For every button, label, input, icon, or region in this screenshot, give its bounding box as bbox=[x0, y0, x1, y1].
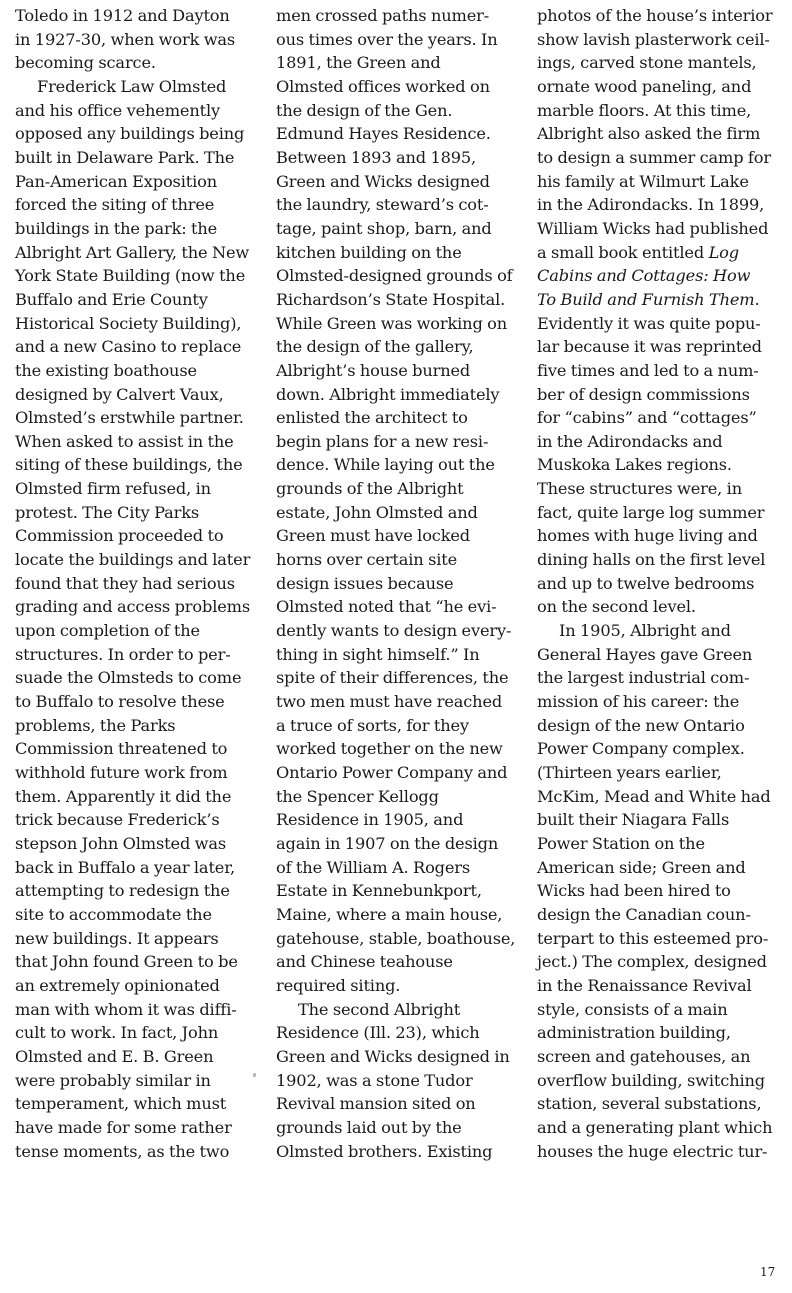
text-line: tage, paint shop, barn, and bbox=[276, 217, 526, 241]
text-line: design the Canadian coun- bbox=[537, 903, 787, 927]
text-line: ings, carved stone mantels, bbox=[537, 51, 787, 75]
text-line: ject.) The complex, designed bbox=[537, 950, 787, 974]
text-line: Olmsted offices worked on bbox=[276, 75, 526, 99]
text-line: built in Delaware Park. The bbox=[15, 146, 265, 170]
text-line: grading and access problems bbox=[15, 595, 265, 619]
text-line: Olmsted and E. B. Green bbox=[15, 1045, 265, 1069]
text-line: and his office vehemently bbox=[15, 99, 265, 123]
text-line: Green and Wicks designed in bbox=[276, 1045, 526, 1069]
text-line: These structures were, in bbox=[537, 477, 787, 501]
text-line: temperament, which must bbox=[15, 1092, 265, 1116]
text-line: his family at Wilmurt Lake bbox=[537, 170, 787, 194]
text-line: homes with huge living and bbox=[537, 524, 787, 548]
text-line: built their Niagara Falls bbox=[537, 808, 787, 832]
text-line: (Thirteen years earlier, bbox=[537, 761, 787, 785]
text-line: down. Albright immediately bbox=[276, 383, 526, 407]
text-line: gatehouse, stable, boathouse, bbox=[276, 927, 526, 951]
text-line: Evidently it was quite popu- bbox=[537, 312, 787, 336]
text-line: Revival mansion sited on bbox=[276, 1092, 526, 1116]
text-line: the design of the Gen. bbox=[276, 99, 526, 123]
text-line: in the Adirondacks and bbox=[537, 430, 787, 454]
text-line: dining halls on the first level bbox=[537, 548, 787, 572]
text-column-2: men crossed paths numer-ous times over t… bbox=[276, 4, 526, 1163]
text-line: attempting to redesign the bbox=[15, 879, 265, 903]
text-line: grounds laid out by the bbox=[276, 1116, 526, 1140]
text-line: in 1927-30, when work was bbox=[15, 28, 265, 52]
text-line: York State Building (now the bbox=[15, 264, 265, 288]
text-line: opposed any buildings being bbox=[15, 122, 265, 146]
text-line: William Wicks had published bbox=[537, 217, 787, 241]
text-line: withhold future work from bbox=[15, 761, 265, 785]
text-line: Albright Art Gallery, the New bbox=[15, 241, 265, 265]
text-line: To Build and Furnish Them. bbox=[537, 288, 787, 312]
text-line: and up to twelve bedrooms bbox=[537, 572, 787, 596]
text-line: on the second level. bbox=[537, 595, 787, 619]
text-line: stepson John Olmsted was bbox=[15, 832, 265, 856]
text-line: in the Renaissance Revival bbox=[537, 974, 787, 998]
text-line: begin plans for a new resi- bbox=[276, 430, 526, 454]
text-line: a small book entitled Log bbox=[537, 241, 787, 265]
text-line: dence. While laying out the bbox=[276, 453, 526, 477]
text-line: the design of the gallery, bbox=[276, 335, 526, 359]
text-line: the largest industrial com- bbox=[537, 666, 787, 690]
text-line: Residence (Ill. 23), which bbox=[276, 1021, 526, 1045]
text-run: a small book entitled bbox=[537, 243, 709, 262]
text-line: style, consists of a main bbox=[537, 998, 787, 1022]
text-line: in the Adirondacks. In 1899, bbox=[537, 193, 787, 217]
text-line: General Hayes gave Green bbox=[537, 643, 787, 667]
text-line: enlisted the architect to bbox=[276, 406, 526, 430]
text-line: of the William A. Rogers bbox=[276, 856, 526, 880]
text-line: mission of his career: the bbox=[537, 690, 787, 714]
text-line: worked together on the new bbox=[276, 737, 526, 761]
text-line: structures. In order to per- bbox=[15, 643, 265, 667]
text-line: The second Albright bbox=[276, 998, 526, 1022]
text-line: houses the huge electric tur- bbox=[537, 1140, 787, 1164]
text-line: design of the new Ontario bbox=[537, 714, 787, 738]
text-line: siting of these buildings, the bbox=[15, 453, 265, 477]
text-column-1: Toledo in 1912 and Daytonin 1927-30, whe… bbox=[15, 4, 265, 1163]
text-line: estate, John Olmsted and bbox=[276, 501, 526, 525]
text-line: Olmsted brothers. Existing bbox=[276, 1140, 526, 1164]
text-line: buildings in the park: the bbox=[15, 217, 265, 241]
text-line: Muskoka Lakes regions. bbox=[537, 453, 787, 477]
text-line: new buildings. It appears bbox=[15, 927, 265, 951]
text-line: locate the buildings and later bbox=[15, 548, 265, 572]
text-line: In 1905, Albright and bbox=[537, 619, 787, 643]
text-column-3: photos of the house’s interiorshow lavis… bbox=[537, 4, 787, 1163]
text-line: cult to work. In fact, John bbox=[15, 1021, 265, 1045]
text-line: Frederick Law Olmsted bbox=[15, 75, 265, 99]
text-line: back in Buffalo a year later, bbox=[15, 856, 265, 880]
text-line: While Green was working on bbox=[276, 312, 526, 336]
text-line: 1891, the Green and bbox=[276, 51, 526, 75]
text-line: and a new Casino to replace bbox=[15, 335, 265, 359]
text-line: Green and Wicks designed bbox=[276, 170, 526, 194]
page-number: 17 bbox=[760, 1265, 775, 1279]
text-line: Maine, where a main house, bbox=[276, 903, 526, 927]
text-line: thing in sight himself.” In bbox=[276, 643, 526, 667]
text-line: tense moments, as the two bbox=[15, 1140, 265, 1164]
text-line: Historical Society Building), bbox=[15, 312, 265, 336]
text-line: Buffalo and Erie County bbox=[15, 288, 265, 312]
text-line: Toledo in 1912 and Dayton bbox=[15, 4, 265, 28]
text-line: Cabins and Cottages: How bbox=[537, 264, 787, 288]
text-line: When asked to assist in the bbox=[15, 430, 265, 454]
text-line: Olmsted firm refused, in bbox=[15, 477, 265, 501]
text-line: administration building, bbox=[537, 1021, 787, 1045]
text-line: them. Apparently it did the bbox=[15, 785, 265, 809]
text-line: have made for some rather bbox=[15, 1116, 265, 1140]
text-line: Green must have locked bbox=[276, 524, 526, 548]
text-line: Residence in 1905, and bbox=[276, 808, 526, 832]
text-line: Albright also asked the firm bbox=[537, 122, 787, 146]
text-line: lar because it was reprinted bbox=[537, 335, 787, 359]
text-line: to Buffalo to resolve these bbox=[15, 690, 265, 714]
text-line: required siting. bbox=[276, 974, 526, 998]
book-title-italic: Cabins and Cottages: How bbox=[537, 266, 750, 285]
text-line: site to accommodate the bbox=[15, 903, 265, 927]
document-page: Toledo in 1912 and Daytonin 1927-30, whe… bbox=[0, 0, 792, 1293]
text-line: Power Company complex. bbox=[537, 737, 787, 761]
text-line: again in 1907 on the design bbox=[276, 832, 526, 856]
text-line: ous times over the years. In bbox=[276, 28, 526, 52]
text-line: Commission threatened to bbox=[15, 737, 265, 761]
text-line: the existing boathouse bbox=[15, 359, 265, 383]
text-line: five times and led to a num- bbox=[537, 359, 787, 383]
text-line: Pan-American Exposition bbox=[15, 170, 265, 194]
text-line: trick because Frederick’s bbox=[15, 808, 265, 832]
text-line: 1902, was a stone Tudor bbox=[276, 1069, 526, 1093]
text-line: man with whom it was diffi- bbox=[15, 998, 265, 1022]
text-line: that John found Green to be bbox=[15, 950, 265, 974]
text-line: show lavish plasterwork ceil- bbox=[537, 28, 787, 52]
text-line: upon completion of the bbox=[15, 619, 265, 643]
text-line: Power Station on the bbox=[537, 832, 787, 856]
text-line: becoming scarce. bbox=[15, 51, 265, 75]
text-line: spite of their differences, the bbox=[276, 666, 526, 690]
text-line: overflow building, switching bbox=[537, 1069, 787, 1093]
text-line: problems, the Parks bbox=[15, 714, 265, 738]
text-line: to design a summer camp for bbox=[537, 146, 787, 170]
text-line: design issues because bbox=[276, 572, 526, 596]
text-line: men crossed paths numer- bbox=[276, 4, 526, 28]
text-line: ber of design commissions bbox=[537, 383, 787, 407]
text-line: Wicks had been hired to bbox=[537, 879, 787, 903]
text-line: designed by Calvert Vaux, bbox=[15, 383, 265, 407]
text-line: Commission proceeded to bbox=[15, 524, 265, 548]
text-line: Olmsted noted that “he evi- bbox=[276, 595, 526, 619]
text-line: an extremely opinionated bbox=[15, 974, 265, 998]
text-line: were probably similar in bbox=[15, 1069, 265, 1093]
text-line: and a generating plant which bbox=[537, 1116, 787, 1140]
text-line: forced the siting of three bbox=[15, 193, 265, 217]
text-line: two men must have reached bbox=[276, 690, 526, 714]
text-line: American side; Green and bbox=[537, 856, 787, 880]
book-title-italic: To Build and Furnish Them bbox=[537, 290, 754, 309]
text-line: photos of the house’s interior bbox=[537, 4, 787, 28]
scan-speck-mark bbox=[253, 1073, 256, 1077]
text-line: kitchen building on the bbox=[276, 241, 526, 265]
text-line: Richardson’s State Hospital. bbox=[276, 288, 526, 312]
text-line: Olmsted’s erstwhile partner. bbox=[15, 406, 265, 430]
text-line: for “cabins” and “cottages” bbox=[537, 406, 787, 430]
text-line: and Chinese teahouse bbox=[276, 950, 526, 974]
text-line: Albright’s house burned bbox=[276, 359, 526, 383]
text-line: Edmund Hayes Residence. bbox=[276, 122, 526, 146]
text-line: suade the Olmsteds to come bbox=[15, 666, 265, 690]
text-line: grounds of the Albright bbox=[276, 477, 526, 501]
text-line: dently wants to design every- bbox=[276, 619, 526, 643]
text-line: Ontario Power Company and bbox=[276, 761, 526, 785]
text-line: the Spencer Kellogg bbox=[276, 785, 526, 809]
text-line: horns over certain site bbox=[276, 548, 526, 572]
text-line: found that they had serious bbox=[15, 572, 265, 596]
text-line: ornate wood paneling, and bbox=[537, 75, 787, 99]
text-line: station, several substations, bbox=[537, 1092, 787, 1116]
text-run: . bbox=[754, 290, 759, 309]
text-line: McKim, Mead and White had bbox=[537, 785, 787, 809]
text-line: screen and gatehouses, an bbox=[537, 1045, 787, 1069]
text-line: marble floors. At this time, bbox=[537, 99, 787, 123]
text-line: fact, quite large log summer bbox=[537, 501, 787, 525]
text-line: a truce of sorts, for they bbox=[276, 714, 526, 738]
text-line: Estate in Kennebunkport, bbox=[276, 879, 526, 903]
text-line: terpart to this esteemed pro- bbox=[537, 927, 787, 951]
text-line: the laundry, steward’s cot- bbox=[276, 193, 526, 217]
book-title-italic: Log bbox=[709, 243, 739, 262]
text-line: protest. The City Parks bbox=[15, 501, 265, 525]
text-line: Olmsted-designed grounds of bbox=[276, 264, 526, 288]
text-line: Between 1893 and 1895, bbox=[276, 146, 526, 170]
